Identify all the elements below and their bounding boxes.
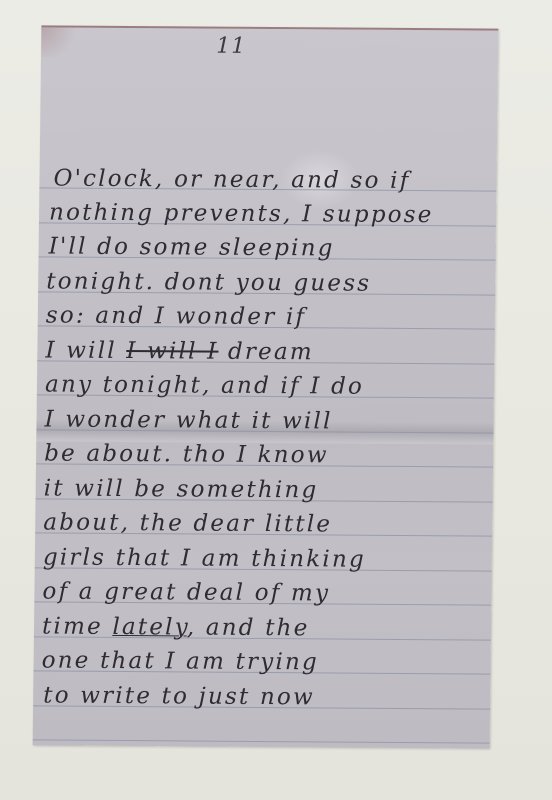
handwritten-line: about, the dear little [43,511,482,537]
handwritten-line: tonight. dont you guess [46,270,485,296]
page-number: 11 [216,34,246,59]
ruled-line [33,739,490,743]
handwritten-line: be about. tho I know [44,442,483,468]
handwritten-line: of a great deal of my [42,580,481,606]
corner-stain [41,27,81,57]
struck-text: I will I [126,338,218,365]
underlined-text: lately [112,614,187,641]
handwritten-line: so: and I wonder if [46,304,485,330]
line-text: time [42,613,113,639]
line-text: dream [218,339,314,366]
handwritten-line: any tonight, and if I do [45,373,484,399]
handwritten-line: I wonder what it will [44,408,483,434]
handwritten-line: girls that I am thinking [43,546,482,572]
handwritten-line: it will be something [44,477,483,503]
handwritten-line-with-underline: time lately, and the [42,615,481,641]
handwritten-line: one that I am trying [42,649,481,675]
line-text: , and the [187,614,310,641]
line-text: I will [45,337,126,364]
handwritten-line: I'll do some sleeping [49,235,486,261]
handwritten-line: O'clock, or near, and so if [53,168,486,194]
handwritten-line: to write to just now [43,684,480,710]
handwritten-line-with-strikethrough: I will I will I dream [45,339,484,365]
handwritten-line: nothing prevents, I suppose [49,201,486,227]
letter-page: 11 O'clock, or near, and so if nothing p… [33,25,499,748]
